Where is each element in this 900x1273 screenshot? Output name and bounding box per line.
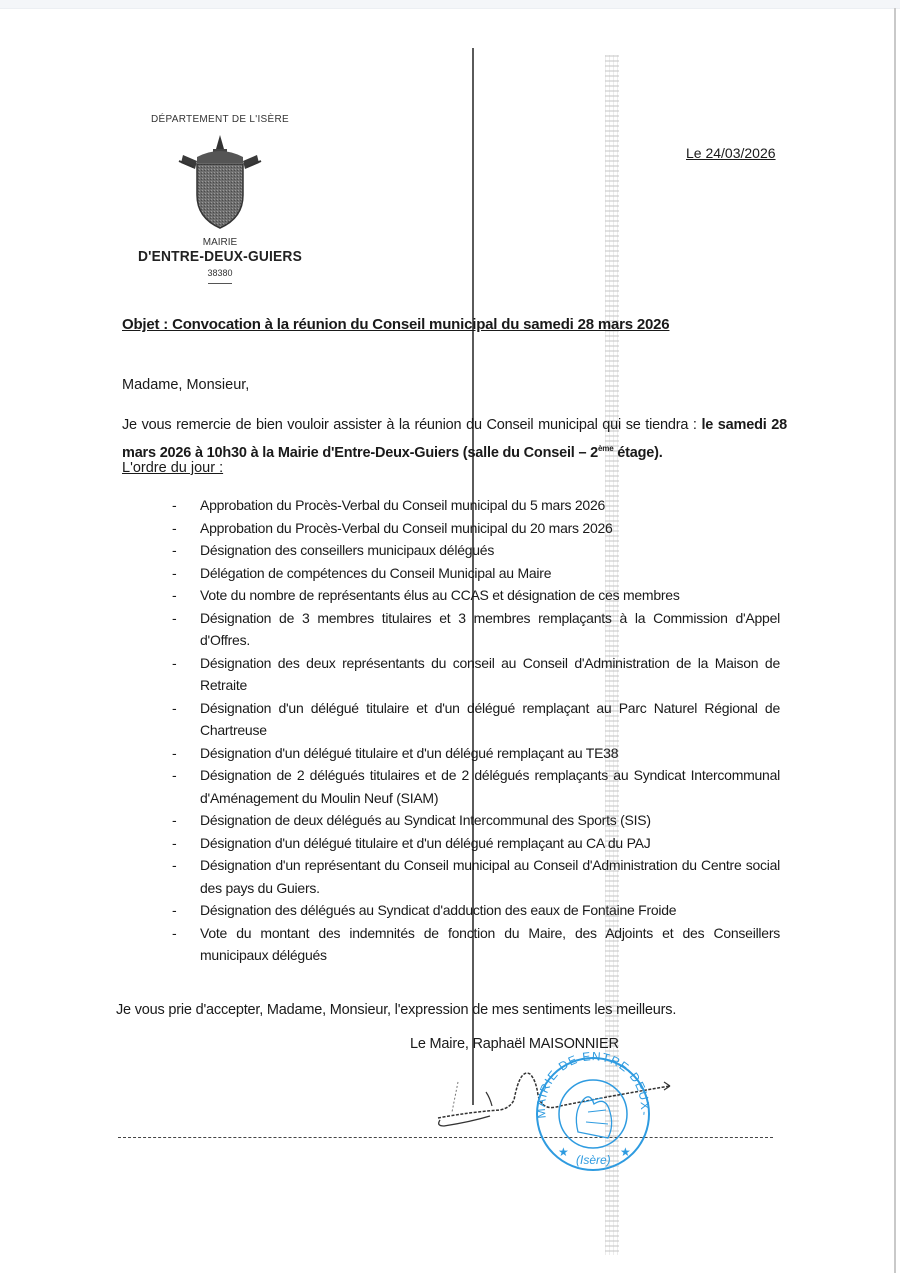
agenda-item: Délégation de compétences du Conseil Mun… xyxy=(172,562,780,585)
agenda-item: Désignation de 3 membres titulaires et 3… xyxy=(172,607,780,652)
agenda-title: L'ordre du jour : xyxy=(122,460,223,476)
agenda-item: Désignation de 2 délégués titulaires et … xyxy=(172,764,780,809)
svg-text:MAIRIE DE ENTRE-DEUX-GUIERS: MAIRIE DE ENTRE-DEUX-GUIERS xyxy=(528,1052,652,1119)
scan-top-edge xyxy=(0,0,900,9)
agenda-item: Approbation du Procès-Verbal du Conseil … xyxy=(172,494,780,517)
official-stamp-icon: MAIRIE DE ENTRE-DEUX-GUIERS ★ ★ (Isère) xyxy=(528,1052,658,1172)
agenda-item: Désignation de deux délégués au Syndicat… xyxy=(172,809,780,832)
letter-date: Le 24/03/2026 xyxy=(686,145,776,161)
svg-text:(Isère): (Isère) xyxy=(576,1153,611,1167)
agenda-item: Désignation d'un délégué titulaire et d'… xyxy=(172,832,780,855)
salutation: Madame, Monsieur, xyxy=(122,377,249,393)
agenda-item: Désignation des conseillers municipaux d… xyxy=(172,539,780,562)
agenda-item: Vote du nombre de représentants élus au … xyxy=(172,584,780,607)
agenda-item: Vote du montant des indemnités de foncti… xyxy=(172,922,780,967)
coat-of-arms-icon xyxy=(175,133,265,233)
agenda-item: Désignation des deux représentants du co… xyxy=(172,652,780,697)
signatory: Le Maire, Raphaël MAISONNIER xyxy=(410,1036,619,1052)
svg-text:★: ★ xyxy=(620,1145,631,1159)
intro-paragraph: Je vous remercie de bien vouloir assiste… xyxy=(122,414,787,465)
divider xyxy=(208,283,232,284)
agenda-item: Désignation d'un délégué titulaire et d'… xyxy=(172,742,780,765)
agenda-item: Approbation du Procès-Verbal du Conseil … xyxy=(172,517,780,540)
subject-line: Objet : Convocation à la réunion du Cons… xyxy=(122,316,669,333)
agenda-item: Désignation d'un représentant du Conseil… xyxy=(172,854,780,899)
agenda-item: Désignation d'un délégué titulaire et d'… xyxy=(172,697,780,742)
intro-text: Je vous remercie de bien vouloir assiste… xyxy=(122,417,701,433)
agenda-list: Approbation du Procès-Verbal du Conseil … xyxy=(172,494,780,967)
dashed-separator xyxy=(118,1137,773,1138)
svg-text:★: ★ xyxy=(558,1145,569,1159)
department-label: DÉPARTEMENT DE L'ISÈRE xyxy=(130,114,310,125)
postcode: 38380 xyxy=(130,268,310,278)
letterhead: DÉPARTEMENT DE L'ISÈRE MAIRIE D'ENTRE-DE… xyxy=(130,114,310,284)
town-name: D'ENTRE-DEUX-GUIERS xyxy=(137,248,303,265)
scan-right-edge xyxy=(894,8,896,1273)
closing-formula: Je vous prie d'accepter, Madame, Monsieu… xyxy=(116,1002,676,1018)
agenda-item: Désignation des délégués au Syndicat d'a… xyxy=(172,899,780,922)
mairie-label: MAIRIE xyxy=(130,237,310,248)
